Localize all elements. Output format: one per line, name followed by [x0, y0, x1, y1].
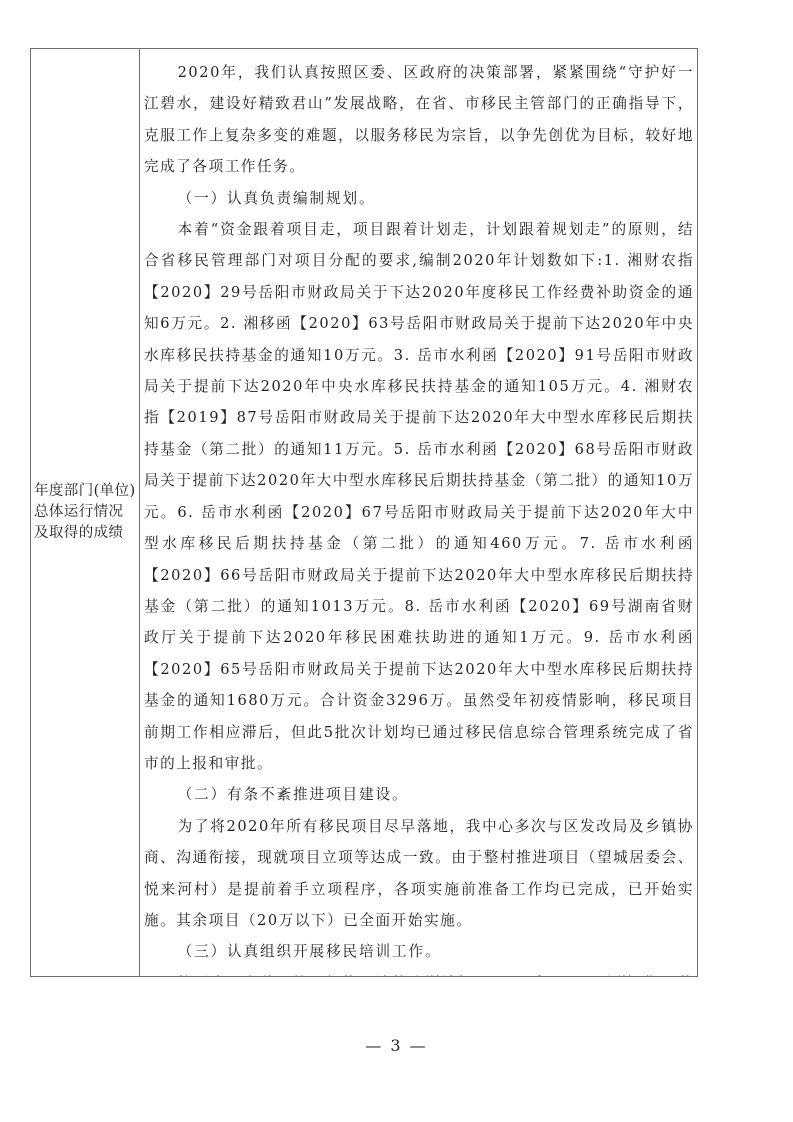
page-number: — 3 — — [0, 1036, 793, 1055]
intro-paragraph: 2020年，我们认真按照区委、区政府的决策部署，紧紧围绕“守护好一江碧水，建设好… — [144, 57, 694, 183]
construction-paragraph: 为了将2020年所有移民项目尽早落地，我中心多次与区发改局及乡镇协商、沟通衔接，… — [144, 811, 694, 937]
content-cell: 2020年，我们认真按照区委、区政府的决策部署，紧紧围绕“守护好一江碧水，建设好… — [140, 49, 697, 976]
planning-paragraph: 本着“资金跟着项目走，项目跟着计划走，计划跟着规划走”的原则，结合省移民管理部门… — [144, 214, 694, 779]
section-heading-planning: （一）认真负责编制规划。 — [144, 183, 694, 214]
training-paragraph: 按照省、市移民管理机构下达的培训计划，2020年已开展培训9期，共投入 — [144, 968, 694, 976]
section-heading-construction: （二）有条不紊推进项目建设。 — [144, 779, 694, 810]
row-label-cell: 年度部门(单位)总体运行情况及取得的成绩 — [31, 49, 140, 976]
row-label: 年度部门(单位)总体运行情况及取得的成绩 — [34, 481, 138, 544]
report-table: 年度部门(单位)总体运行情况及取得的成绩 2020年，我们认真按照区委、区政府的… — [30, 48, 698, 977]
section-heading-training: （三）认真组织开展移民培训工作。 — [144, 936, 694, 967]
